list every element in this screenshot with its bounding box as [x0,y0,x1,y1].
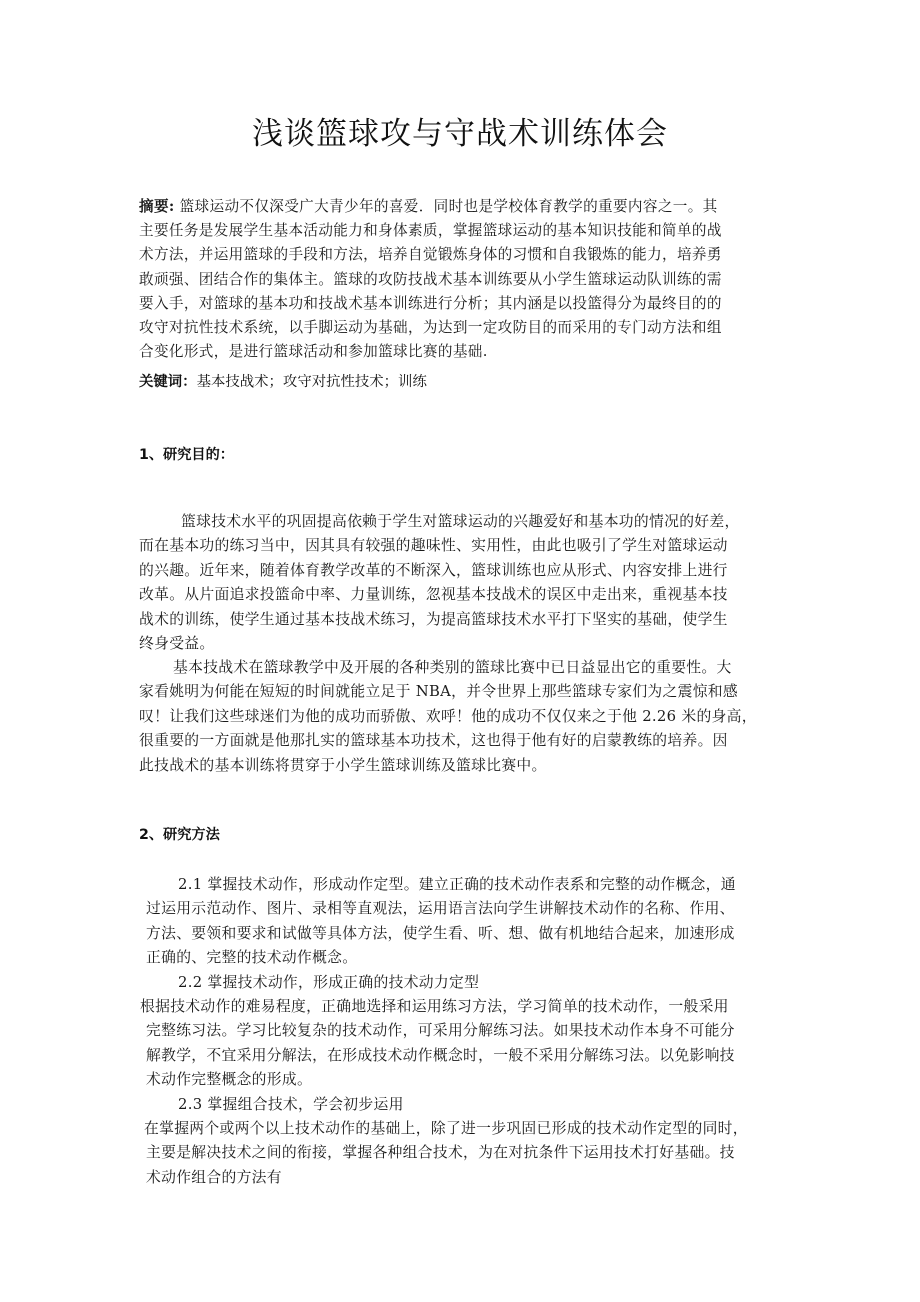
method-section-body: 2.1 掌握技术动作，形成动作定型。建立正确的技术动作表系和完整的动作概念，通 … [146,873,786,1190]
abstract-block: 摘要: 篮球运动不仅深受广大青少年的喜爱．同时也是学校体育教学的重要内容之一。其… [139,195,789,364]
paragraph-line: 家看姚明为何能在短短的时间就能立足于 NBA，并令世界上那些篮球专家们为之震惊和… [139,680,789,704]
abstract-line: 术方法，并运用篮球的手段和方法，培养自觉锻炼身体的习惯和自我锻炼的能力，培养勇 [139,243,789,267]
purpose-paragraph-1: 篮球技术水平的巩固提高依赖于学生对篮球运动的兴趣爱好和基本功的情况的好差， 而在… [139,510,779,656]
abstract-text: 篮球运动不仅深受广大青少年的喜爱．同时也是学校体育教学的重要内容之一。其 [175,198,718,215]
abstract-line: 主要任务是发展学生基本活动能力和身体素质，掌握篮球运动的基本知识技能和简单的战 [139,219,789,243]
keywords-line: 关键词：基本技战术；攻守对抗性技术；训练 [139,370,789,394]
abstract-label: 摘要: [139,198,175,215]
paragraph-line: 篮球技术水平的巩固提高依赖于学生对篮球运动的兴趣爱好和基本功的情况的好差， [139,510,779,534]
paragraph-line: 正确的、完整的技术动作概念。 [146,946,786,970]
paragraph-line: 根据技术动作的难易程度，正确地选择和运用练习方法，学习简单的技术动作，一般采用 [140,995,786,1019]
paragraph-line: 术动作完整概念的形成。 [146,1068,786,1092]
abstract-line: 合变化形式，是进行篮球活动和参加篮球比赛的基础. [139,340,789,364]
paragraph-line: 而在基本功的练习当中，因其具有较强的趣味性、实用性，由此也吸引了学生对篮球运动 [139,534,779,558]
abstract-line: 要入手，对篮球的基本功和技战术基本训练进行分析；其内涵是以投篮得分为最终目的的 [139,292,789,316]
abstract-line: 摘要: 篮球运动不仅深受广大青少年的喜爱．同时也是学校体育教学的重要内容之一。其 [139,195,789,219]
subsection-2-3-heading: 2.3 掌握组合技术，学会初步运用 [146,1093,786,1117]
paragraph-line: 方法、要领和要求和试做等具体方法，使学生看、听、想、做有机地结合起来，加速形成 [146,922,786,946]
paragraph-line: 的兴趣。近年来，随着体育教学改革的不断深入，篮球训练也应从形式、内容安排上进行 [139,559,779,583]
paragraph-line: 终身受益。 [139,632,779,656]
paragraph-line: 过运用示范动作、图片、录相等直观法，运用语言法向学生讲解技术动作的名称、作用、 [146,897,786,921]
paragraph-line: 基本技战术在篮球教学中及开展的各种类别的篮球比赛中已日益显出它的重要性。大 [139,656,789,680]
paragraph-line: 战术的训练，使学生通过基本技战术练习，为提高篮球技术水平打下坚实的基础，使学生 [139,608,779,632]
paragraph-line: 解教学，不宜采用分解法，在形成技术动作概念时，一般不采用分解练习法。以免影响技 [146,1044,786,1068]
paragraph-line: 完整练习法。学习比较复杂的技术动作，可采用分解练习法。如果技术动作本身不可能分 [146,1019,786,1043]
paragraph-line: 改革。从片面追求投篮命中率、力量训练，忽视基本技战术的误区中走出来，重视基本技 [139,583,779,607]
section-heading-purpose: 1、研究目的： [139,443,234,467]
paragraph-line: 主要是解决技术之间的衔接，掌握各种组合技术，为在对抗条件下运用技术打好基础。技 [146,1141,786,1165]
keywords-label: 关键词： [139,374,197,390]
keywords-text: 基本技战术；攻守对抗性技术；训练 [197,374,427,390]
paragraph-line: 叹！让我们这些球迷们为他的成功而骄傲、欢呼！他的成功不仅仅来之于他 2.26 米… [139,705,789,729]
abstract-line: 攻守对抗性技术系统，以手脚运动为基础，为达到一定攻防目的而采用的专门动方法和组 [139,316,789,340]
subsection-2-2-heading: 2.2 掌握技术动作，形成正确的技术动力定型 [146,971,786,995]
paragraph-line: 在掌握两个或两个以上技术动作的基础上，除了进一步巩固已形成的技术动作定型的同时， [144,1117,786,1141]
subsection-2-1-heading: 2.1 掌握技术动作，形成动作定型。建立正确的技术动作表系和完整的动作概念，通 [146,873,786,897]
paragraph-line: 很重要的一方面就是他那扎实的篮球基本功技术，这也得于他有好的启蒙教练的培养。因 [139,729,789,753]
document-page: 浅谈篮球攻与守战术训练体会 摘要: 篮球运动不仅深受广大青少年的喜爱．同时也是学… [0,0,920,1302]
paragraph-line: 此技战术的基本训练将贯穿于小学生篮球训练及篮球比赛中。 [139,754,789,778]
purpose-paragraph-2: 基本技战术在篮球教学中及开展的各种类别的篮球比赛中已日益显出它的重要性。大 家看… [139,656,789,778]
section-heading-method: 2、研究方法 [139,823,220,847]
document-title: 浅谈篮球攻与守战术训练体会 [0,112,920,156]
abstract-line: 敢顽强、团结合作的集体主。篮球的攻防技战术基本训练要从小学生篮球运动队训练的需 [139,268,789,292]
paragraph-line: 术动作组合的方法有 [146,1166,786,1190]
